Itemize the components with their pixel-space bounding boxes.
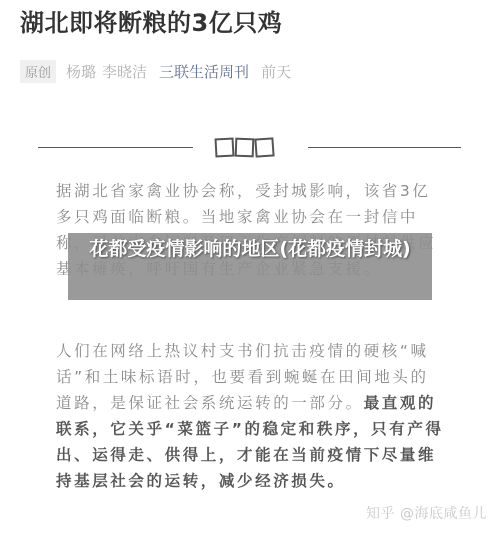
section-heading-boxes xyxy=(215,138,275,157)
watermark: 知乎 @海底咸鱼儿 xyxy=(366,503,487,523)
square-icon xyxy=(254,137,274,157)
overlay-caption: 花都受疫情影响的地区(花都疫情封城) xyxy=(68,236,432,262)
article-paragraph: 人们在网络上热议村支书们抗击疫情的硬核“喊话”和土味标语时，也要看到蜿蜒在田间地… xyxy=(56,338,446,494)
publish-date: 前天 xyxy=(261,61,291,82)
author-name[interactable]: 杨璐 xyxy=(66,61,96,82)
square-icon xyxy=(235,138,255,158)
original-badge: 原创 xyxy=(20,60,56,83)
square-icon xyxy=(215,138,235,158)
section-divider-right xyxy=(308,147,461,148)
account-link[interactable]: 三联生活周刊 xyxy=(159,61,249,82)
section-divider-left xyxy=(38,147,193,148)
article-title: 湖北即将断粮的3亿只鸡 xyxy=(20,8,282,38)
article-meta: 原创 杨璐 李晓洁 三联生活周刊 前天 xyxy=(20,60,291,82)
author-name[interactable]: 李晓洁 xyxy=(102,61,147,82)
